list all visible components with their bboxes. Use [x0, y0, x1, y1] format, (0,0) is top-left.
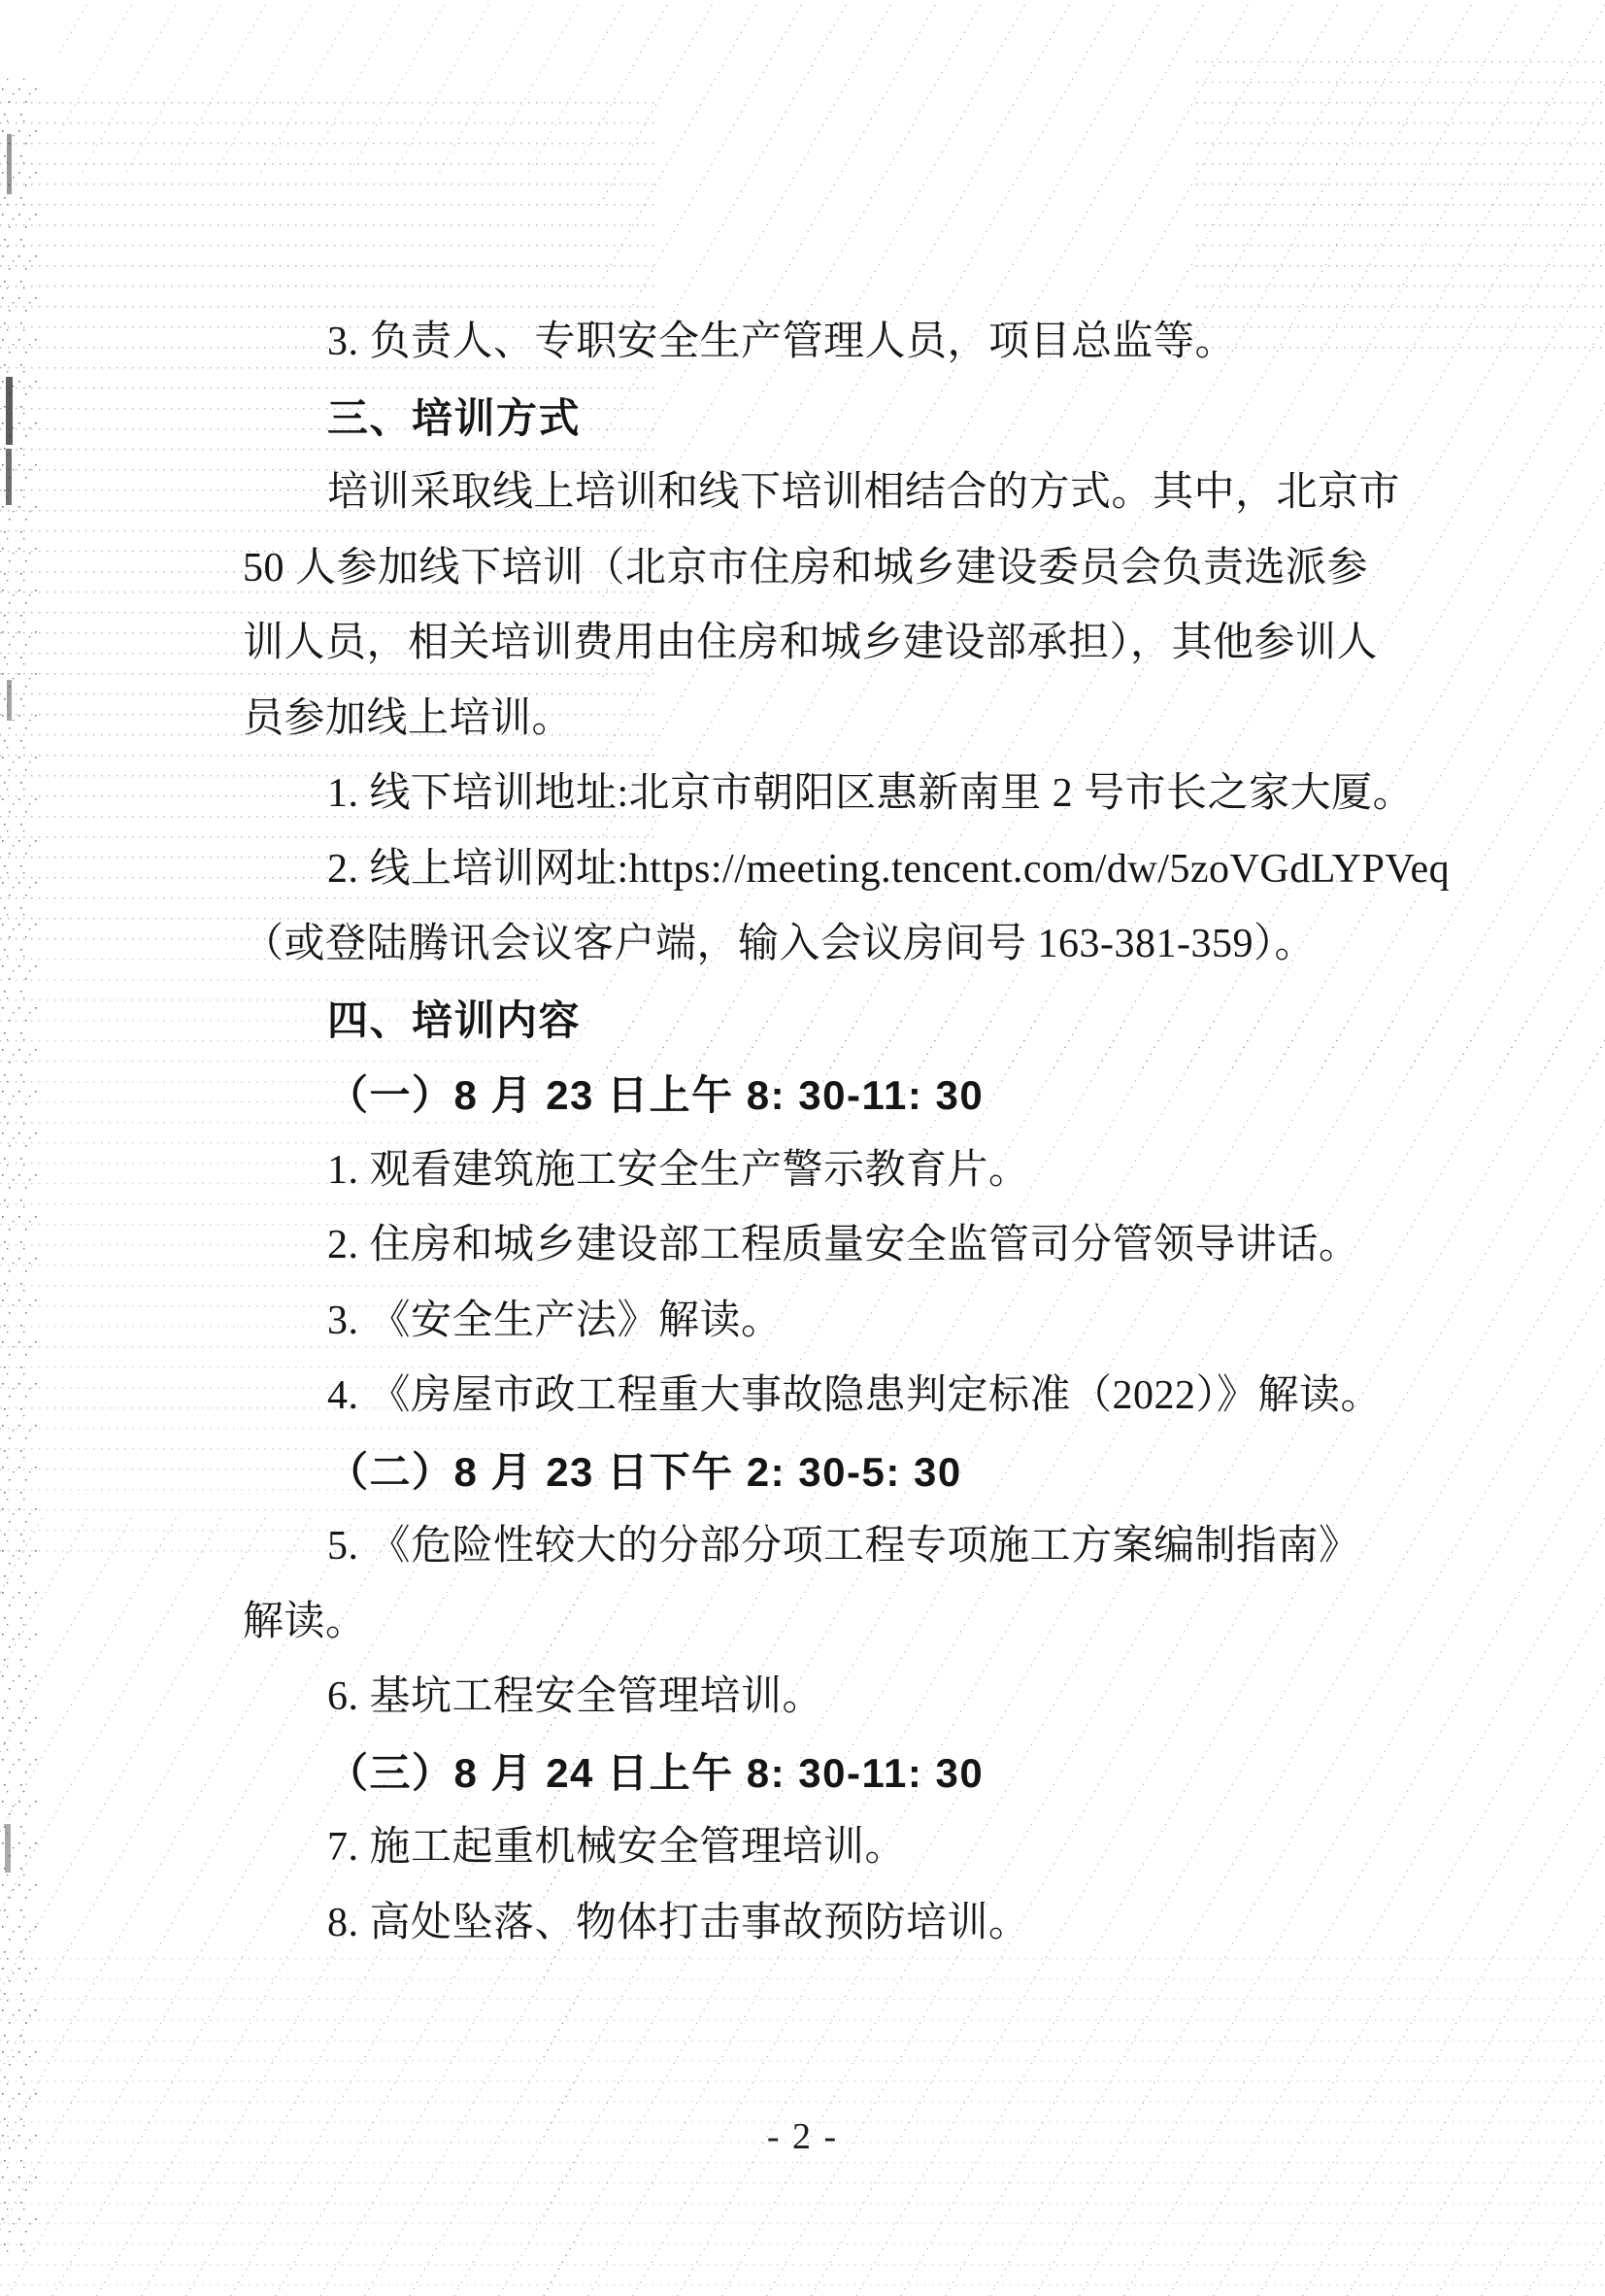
diagonal-lines-patch [58, 0, 602, 175]
schedule-heading-aug23-afternoon: （二）8 月 23 日下午 2: 30-5: 30 [243, 1435, 1422, 1510]
paragraph-training-method-line-3: 训人员，相关培训费用由住房和城乡建设部承担），其他参训人 [243, 606, 1422, 682]
content-item-3: 3. 《安全生产法》解读。 [243, 1284, 1422, 1360]
paragraph-training-method-line-2: 50 人参加线下培训（北京市住房和城乡建设委员会负责选派参 [243, 531, 1422, 607]
offline-training-address-line: 1. 线下培训地址:北京市朝阳区惠新南里 2 号市长之家大厦。 [243, 757, 1422, 832]
schedule-heading-aug23-morning: （一）8 月 23 日上午 8: 30-11: 30 [243, 1058, 1422, 1133]
document-body: 3. 负责人、专职安全生产管理人员，项目总监等。 三、培训方式 培训采取线上培训… [243, 305, 1422, 1961]
edge-smudge [7, 134, 12, 194]
list-item-personnel: 3. 负责人、专职安全生产管理人员，项目总监等。 [243, 305, 1422, 381]
edge-speckle-strip [0, 78, 37, 2253]
paragraph-training-method-line-4: 员参加线上培训。 [243, 682, 1422, 758]
content-item-8: 8. 高处坠落、物体打击事故预防培训。 [243, 1886, 1422, 1962]
content-item-5-continued: 解读。 [243, 1585, 1422, 1661]
edge-smudge [6, 449, 12, 505]
content-item-6: 6. 基坑工程安全管理培训。 [243, 1660, 1422, 1736]
edge-smudge [6, 377, 13, 445]
edge-smudge [5, 1824, 11, 1873]
content-item-5: 5. 《危险性较大的分部分项工程专项施工方案编制指南》 [243, 1509, 1422, 1585]
content-item-4: 4. 《房屋市政工程重大事故隐患判定标准（2022）》解读。 [243, 1359, 1422, 1435]
section-heading-training-content: 四、培训内容 [243, 983, 1422, 1059]
page-number: - 2 - [0, 2115, 1605, 2158]
scanned-document-page: 3. 负责人、专职安全生产管理人员，项目总监等。 三、培训方式 培训采取线上培训… [0, 0, 1605, 2296]
schedule-heading-aug24-morning: （三）8 月 24 日上午 8: 30-11: 30 [243, 1736, 1422, 1811]
section-heading-training-method: 三、培训方式 [243, 381, 1422, 456]
content-item-7: 7. 施工起重机械安全管理培训。 [243, 1810, 1422, 1886]
content-item-2: 2. 住房和城乡建设部工程质量安全监管司分管领导讲话。 [243, 1208, 1422, 1284]
meeting-room-number-line: （或登陆腾讯会议客户端，输入会议房间号 163-381-359）。 [243, 907, 1422, 983]
edge-smudge [7, 680, 12, 721]
online-training-url-line: 2. 线上培训网址:https://meeting.tencent.com/dw… [243, 832, 1422, 908]
paragraph-training-method-line-1: 培训采取线上培训和线下培训相结合的方式。其中，北京市 [243, 456, 1422, 531]
content-item-1: 1. 观看建筑施工安全生产警示教育片。 [243, 1133, 1422, 1209]
